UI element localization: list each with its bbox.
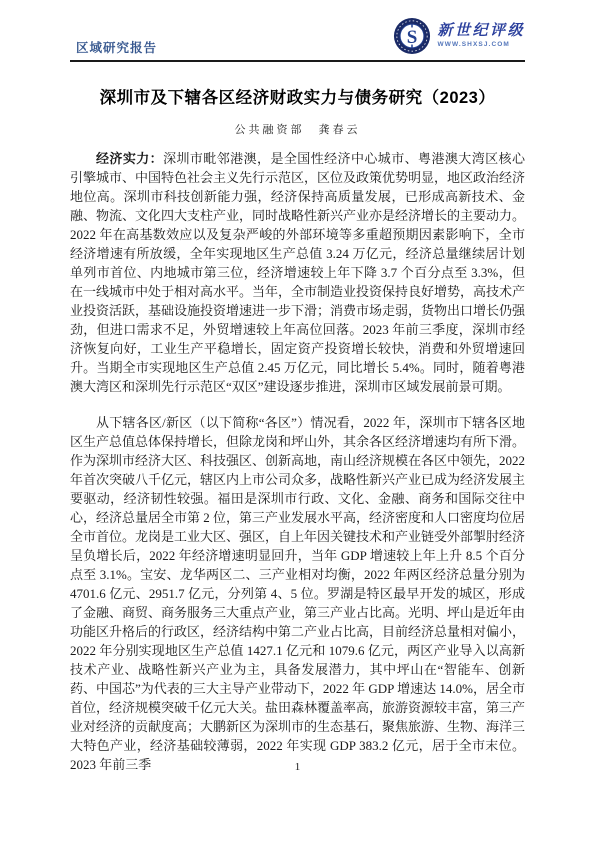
report-series-label: 区域研究报告 xyxy=(76,38,157,56)
brand-website: WWW.SHXSJ.COM xyxy=(437,40,509,49)
brand-emblem-icon: S xyxy=(393,17,431,55)
page-title: 深圳市及下辖各区经济财政实力与债务研究（2023） xyxy=(0,84,595,108)
page-number: 1 xyxy=(0,761,595,773)
brand-name: 新世纪评级 xyxy=(437,23,525,40)
paragraph-districts: 从下辖各区/新区（以下简称“各区”）情况看，2022 年，深圳市下辖各区地区生产… xyxy=(70,413,525,774)
report-page: 区域研究报告 S 新世纪评级 WWW.SHXSJ.COM 深圳市及下辖各区经济财… xyxy=(0,0,595,841)
byline: 公共融资部 龚春云 xyxy=(0,121,595,137)
paragraph-lead: 经济实力： xyxy=(96,151,163,166)
paragraph-text: 深圳市毗邻港澳，是全国性经济中心城市、粤港澳大湾区核心引擎城市、中国特色社会主义… xyxy=(70,151,525,394)
article-body: 经济实力：深圳市毗邻港澳，是全国性经济中心城市、粤港澳大湾区核心引擎城市、中国特… xyxy=(70,149,525,774)
brand-logo: S 新世纪评级 WWW.SHXSJ.COM xyxy=(393,17,525,55)
brand-text-block: 新世纪评级 WWW.SHXSJ.COM xyxy=(437,23,525,49)
paragraph-text: 从下辖各区/新区（以下简称“各区”）情况看，2022 年，深圳市下辖各区地区生产… xyxy=(70,415,525,772)
paragraph-economic-strength: 经济实力：深圳市毗邻港澳，是全国性经济中心城市、粤港澳大湾区核心引擎城市、中国特… xyxy=(70,149,525,396)
page-header: 区域研究报告 S 新世纪评级 WWW.SHXSJ.COM xyxy=(70,0,525,62)
